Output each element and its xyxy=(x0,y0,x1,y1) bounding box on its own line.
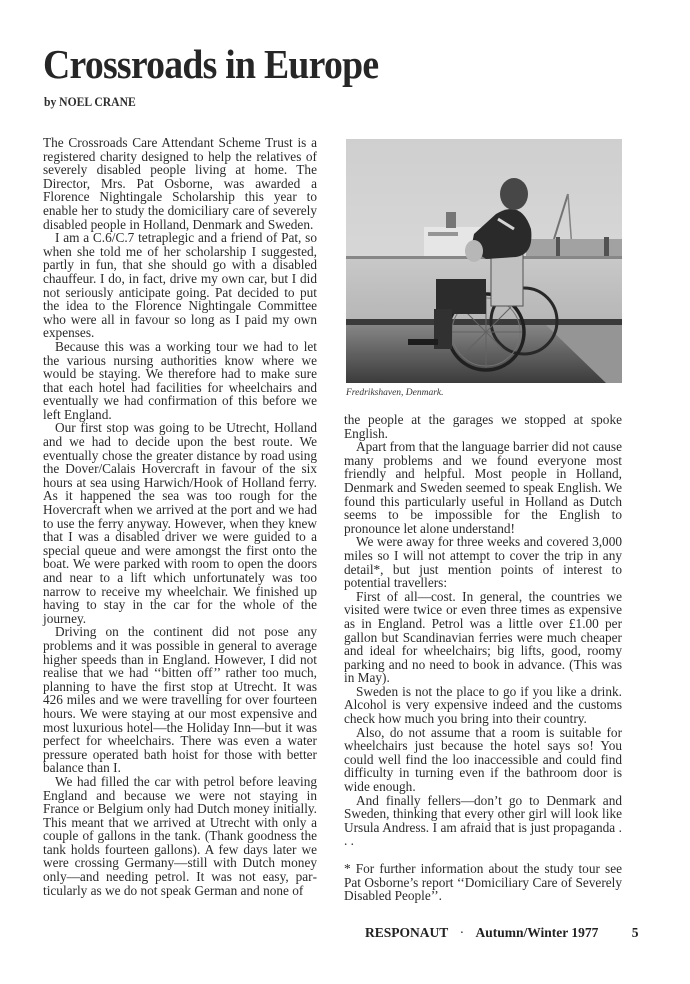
paragraph: Our first stop was going to be Utrecht, … xyxy=(43,421,317,625)
paragraph: Driving on the continent did not pose an… xyxy=(43,625,317,775)
right-column: the people at the garages we stopped at … xyxy=(344,413,622,903)
footnote: * For further information about the stud… xyxy=(344,862,622,903)
issue-date: Autumn/Winter 1977 xyxy=(476,925,599,941)
paragraph: The Crossroads Care Attendant Scheme Tru… xyxy=(43,136,317,231)
photo-caption: Fredrikshaven, Denmark. xyxy=(346,388,444,398)
paragraph: I am a C.6/C.7 tetraplegic and a friend … xyxy=(43,231,317,340)
paragraph: the people at the garages we stopped at … xyxy=(344,413,622,440)
paragraph: And finally fellers—don’t go to Denmark … xyxy=(344,794,622,848)
paragraph: Also, do not assume that a room is suita… xyxy=(344,726,622,794)
paragraph: Because this was a working tour we had t… xyxy=(43,340,317,422)
footer-separator: · xyxy=(460,925,465,941)
page-number: 5 xyxy=(632,925,639,941)
article-title: Crossroads in Europe xyxy=(43,40,378,88)
paragraph: We were away for three weeks and covered… xyxy=(344,535,622,589)
page-footer: RESPONAUT · Autumn/Winter 1977 5 xyxy=(365,925,639,941)
byline: by NOEL CRANE xyxy=(44,95,136,110)
publication-name: RESPONAUT xyxy=(365,925,448,941)
paragraph: We had filled the car with petrol before… xyxy=(43,775,317,897)
paragraph: First of all—cost. In general, the count… xyxy=(344,590,622,685)
paragraph: Sweden is not the place to go if you lik… xyxy=(344,685,622,726)
left-column: The Crossroads Care Attendant Scheme Tru… xyxy=(43,136,317,897)
article-photo xyxy=(346,139,622,383)
paragraph: Apart from that the language barrier did… xyxy=(344,440,622,535)
